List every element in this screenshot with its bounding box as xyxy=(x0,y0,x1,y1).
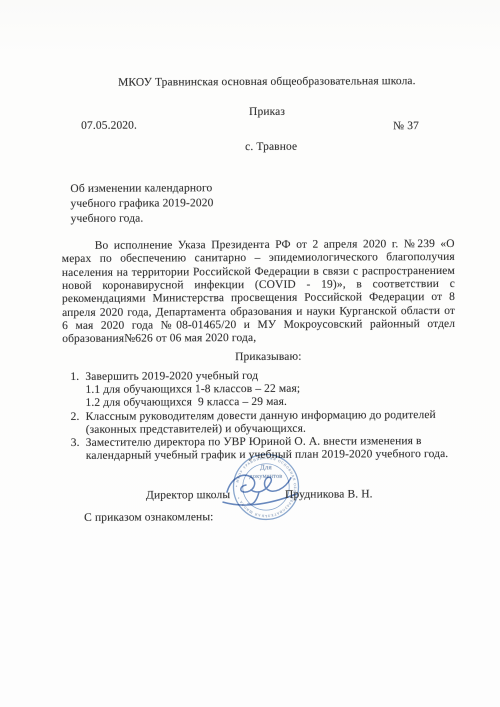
acknowledgement-line: С приказом ознакомлены: xyxy=(84,511,213,524)
document-date: 07.05.2020. xyxy=(81,120,137,132)
document-type-title: Приказ xyxy=(0,105,500,120)
subject-block: Об изменении календарного учебного графи… xyxy=(70,181,213,227)
signer-role: Директор школы xyxy=(146,489,230,501)
order-item-text: Классным руководителям довести данную ин… xyxy=(86,409,436,424)
document-place: с. Травное xyxy=(0,140,500,155)
organization-name: МКОУ Травнинская основная общеобразовате… xyxy=(0,75,500,90)
document-content: МКОУ Травнинская основная общеобразовате… xyxy=(0,0,500,707)
paragraph-line: образования№626 от 06 мая 2020 года, xyxy=(62,331,455,346)
preamble-paragraph: Во исполнение Указа Президента РФ от 2 а… xyxy=(62,238,456,347)
subject-line: учебного графика 2019-2020 xyxy=(70,196,213,212)
scanned-order-document: МКОУ Травнинская основная общеобразовате… xyxy=(0,0,500,707)
subject-line: Об изменении календарного xyxy=(70,181,213,197)
order-item-number: 2. xyxy=(71,410,86,423)
order-item-number: 1. xyxy=(70,371,85,384)
order-subitem-text: 1.2 для обучающихся 9 класса – 29 мая. xyxy=(86,396,288,410)
subject-line: учебного года. xyxy=(71,212,214,228)
order-keyword: Приказываю: xyxy=(0,350,500,365)
order-item-number: 3. xyxy=(71,437,86,450)
order-item-2: 2. Классным руководителям довести данную… xyxy=(71,408,463,423)
order-item-text: Завершить 2019-2020 учебный год xyxy=(85,370,258,384)
paragraph-line: 6 мая 2020 года №08-01465/20 и МУ Мокроу… xyxy=(62,318,455,333)
document-number: № 37 xyxy=(393,120,419,132)
order-item-text: (законных представителей) и обучающихся. xyxy=(86,423,306,437)
signer-name: Прудникова В. Н. xyxy=(285,488,373,500)
